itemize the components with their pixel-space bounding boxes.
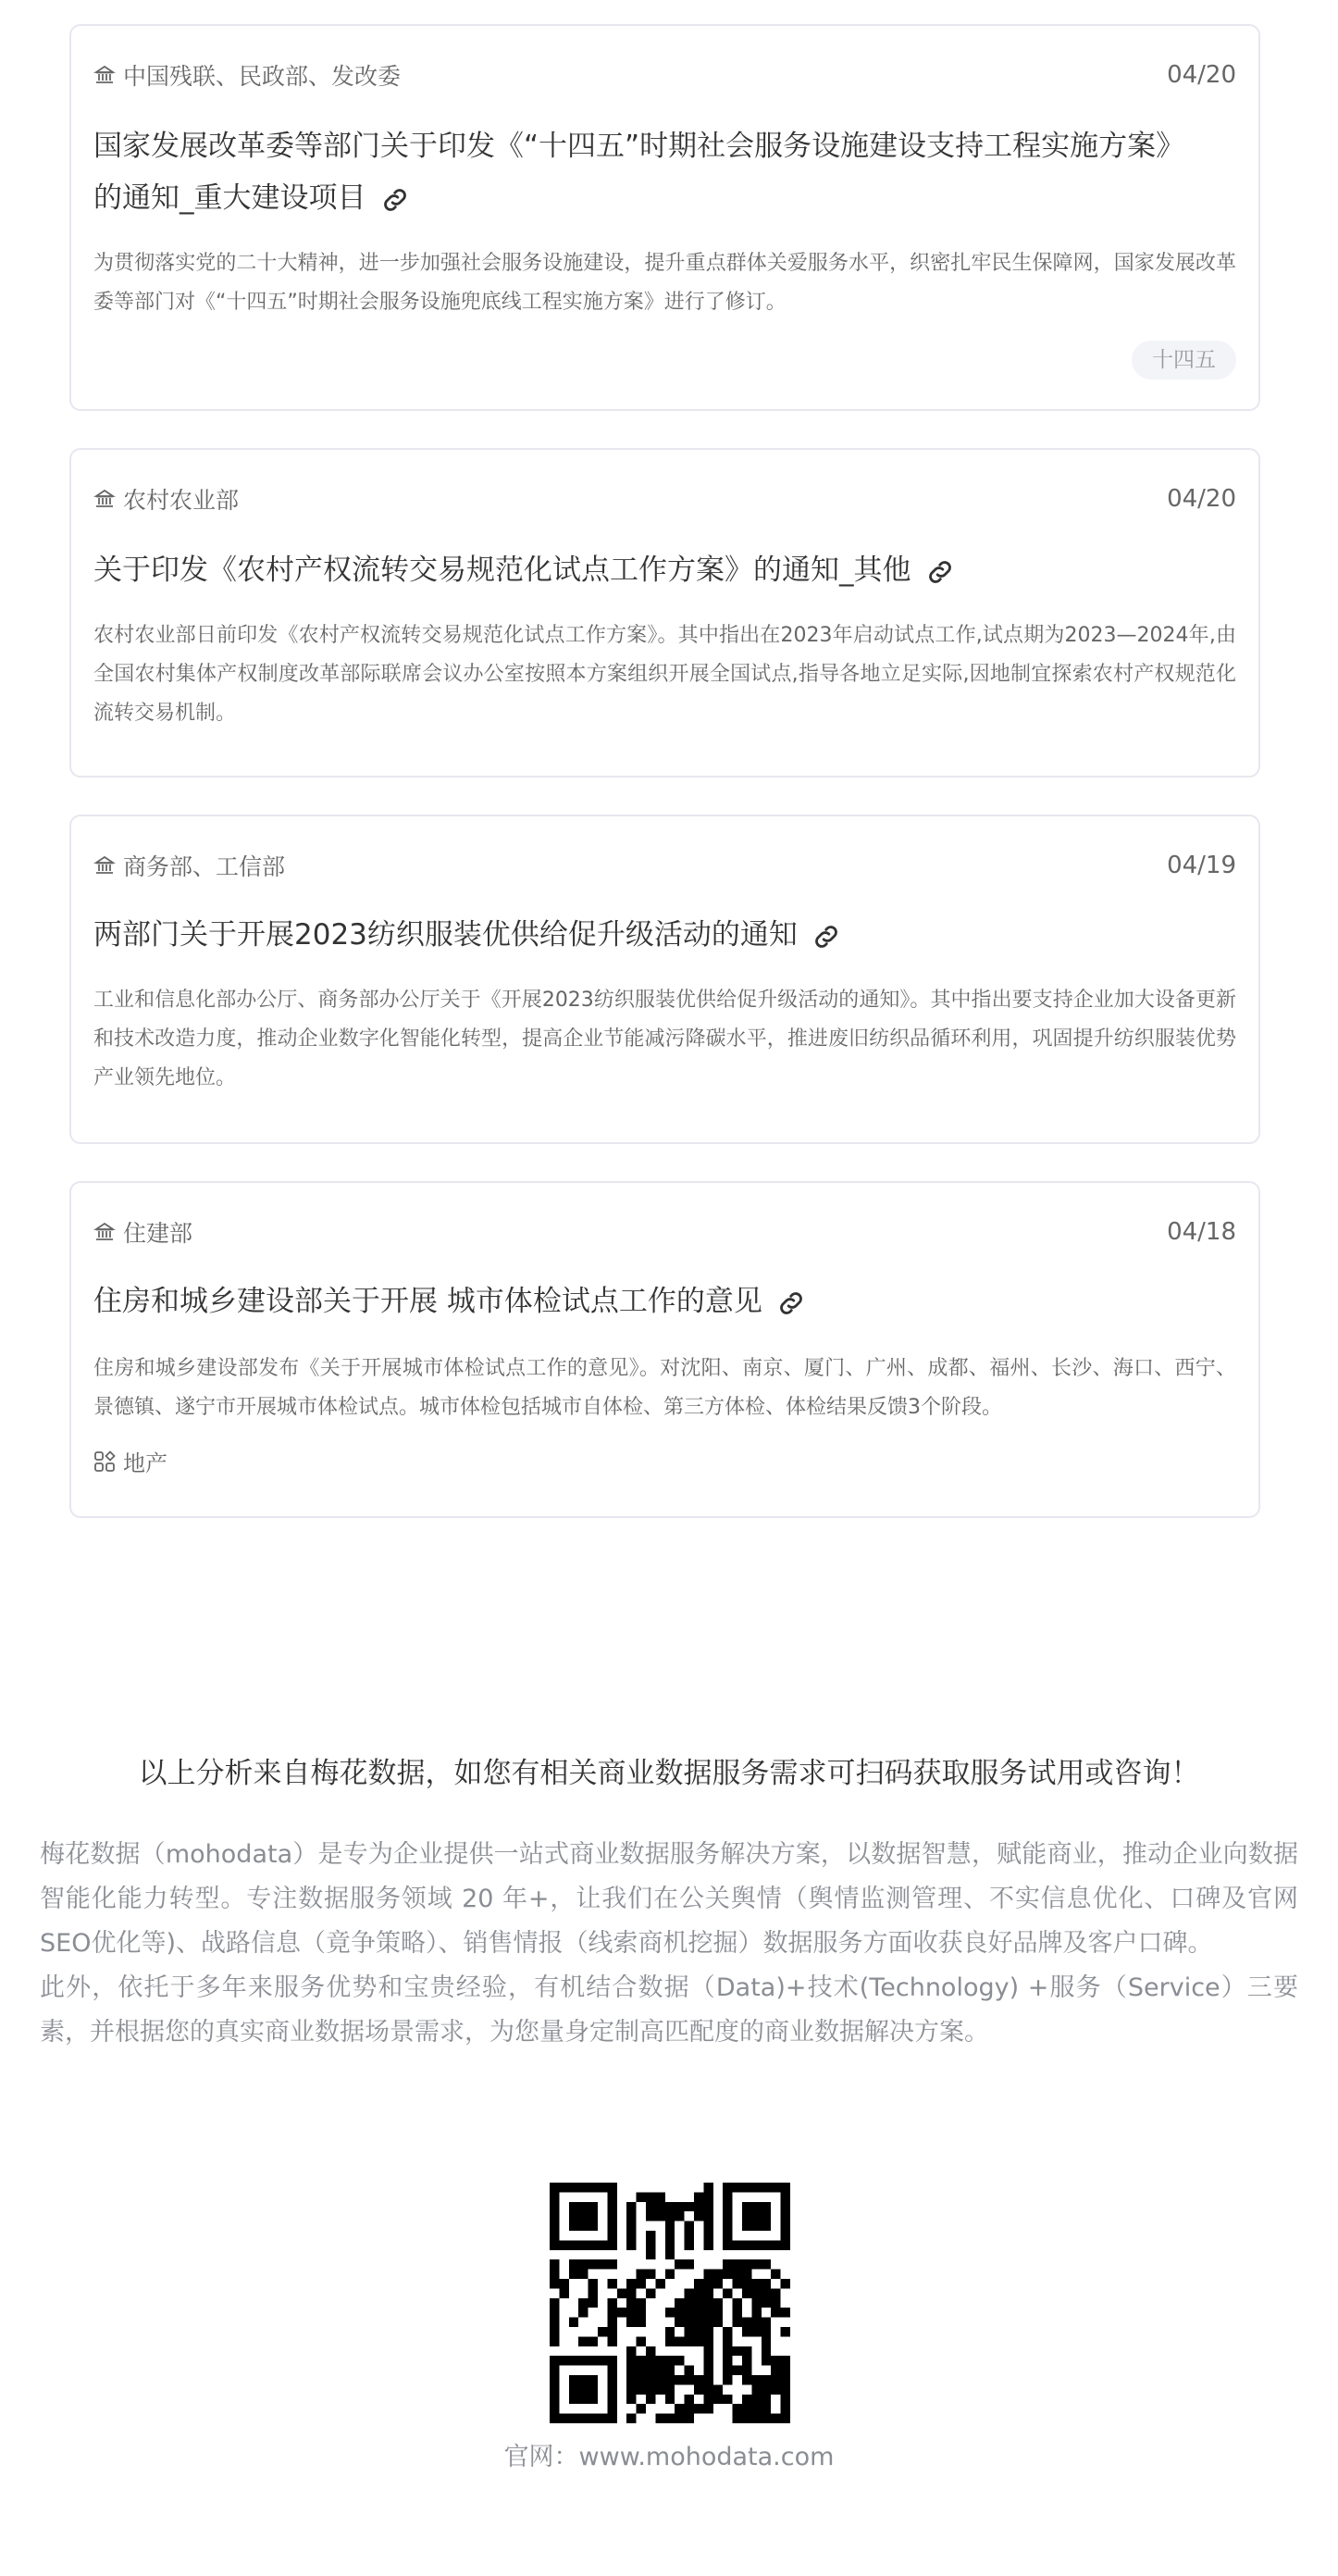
- policy-card[interactable]: 住建部 04/18 住房和城乡建设部关于开展 城市体检试点工作的意见 住房和城乡…: [69, 1181, 1260, 1518]
- department: 住建部: [93, 1215, 192, 1249]
- card-title[interactable]: 关于印发《农村产权流转交易规范化试点工作方案》的通知_其他: [93, 544, 1203, 596]
- policy-card[interactable]: 中国残联、民政部、发改委 04/20 国家发展改革委等部门关于印发《“十四五”时…: [69, 24, 1260, 411]
- card-title[interactable]: 两部门关于开展2023纺织服装优供给促升级活动的通知: [93, 909, 1203, 961]
- date: 04/19: [1167, 852, 1236, 879]
- card-meta: 农村农业部 04/20: [93, 485, 1236, 513]
- card-title-text[interactable]: 两部门关于开展2023纺织服装优供给促升级活动的通知: [93, 918, 798, 952]
- department-label: 中国残联、民政部、发改委: [123, 58, 401, 92]
- card-description: 农村农业部日前印发《农村产权流转交易规范化试点工作方案》。其中指出在2023年启…: [93, 616, 1236, 733]
- grid-apps-icon: [93, 1450, 116, 1473]
- industry-tag[interactable]: 地产: [93, 1445, 167, 1477]
- card-title[interactable]: 国家发展改革委等部门关于印发《“十四五”时期社会服务设施建设支持工程实施方案》的…: [93, 120, 1203, 224]
- policy-card[interactable]: 农村农业部 04/20 关于印发《农村产权流转交易规范化试点工作方案》的通知_其…: [69, 448, 1260, 778]
- date: 04/20: [1167, 61, 1236, 89]
- bank-building-icon: [93, 64, 116, 86]
- department: 农村农业部: [93, 482, 239, 516]
- link-icon[interactable]: [379, 184, 411, 216]
- bank-building-icon: [93, 488, 116, 510]
- bank-building-icon: [93, 1221, 116, 1243]
- department-label: 住建部: [123, 1215, 192, 1249]
- card-title[interactable]: 住房和城乡建设部关于开展 城市体检试点工作的意见: [93, 1276, 1203, 1327]
- website-link[interactable]: 官网：www.mohodata.com: [0, 2436, 1338, 2472]
- department-label: 农村农业部: [123, 482, 239, 516]
- industry-label: 地产: [123, 1445, 167, 1477]
- footer-heading: 以上分析来自梅花数据，如您有相关商业数据服务需求可扫码获取服务试用或咨询！: [0, 1749, 1338, 1791]
- card-title-text[interactable]: 国家发展改革委等部门关于印发《“十四五”时期社会服务设施建设支持工程实施方案》的…: [93, 130, 1184, 215]
- card-title-text[interactable]: 住房和城乡建设部关于开展 城市体检试点工作的意见: [93, 1285, 762, 1318]
- date: 04/20: [1167, 485, 1236, 513]
- bank-building-icon: [93, 854, 116, 877]
- company-intro: 梅花数据（mohodata）是专为企业提供一站式商业数据服务解决方案，以数据智慧…: [40, 1833, 1298, 2055]
- card-meta: 中国残联、民政部、发改委 04/20: [93, 61, 1236, 89]
- company-intro-paragraph: 梅花数据（mohodata）是专为企业提供一站式商业数据服务解决方案，以数据智慧…: [40, 1833, 1298, 1966]
- card-meta: 住建部 04/18: [93, 1218, 1236, 1246]
- policy-card[interactable]: 商务部、工信部 04/19 两部门关于开展2023纺织服装优供给促升级活动的通知…: [69, 815, 1260, 1144]
- tag-chip[interactable]: 十四五: [1132, 341, 1236, 380]
- link-icon[interactable]: [775, 1288, 807, 1319]
- card-description: 工业和信息化部办公厅、商务部办公厅关于《开展2023纺织服装优供给促升级活动的通…: [93, 981, 1236, 1098]
- card-meta: 商务部、工信部 04/19: [93, 852, 1236, 879]
- link-icon[interactable]: [811, 921, 842, 952]
- card-description: 为贯彻落实党的二十大精神，进一步加强社会服务设施建设，提升重点群体关爱服务水平，…: [93, 244, 1236, 322]
- department: 商务部、工信部: [93, 849, 285, 882]
- department-label: 商务部、工信部: [123, 849, 285, 882]
- date: 04/18: [1167, 1218, 1236, 1246]
- card-title-text[interactable]: 关于印发《农村产权流转交易规范化试点工作方案》的通知_其他: [93, 554, 911, 587]
- qr-code: [550, 2183, 790, 2423]
- department: 中国残联、民政部、发改委: [93, 58, 401, 92]
- link-icon[interactable]: [924, 556, 956, 588]
- card-description: 住房和城乡建设部发布《关于开展城市体检试点工作的意见》。对沈阳、南京、厦门、广州…: [93, 1350, 1236, 1427]
- company-intro-paragraph: 此外，依托于多年来服务优势和宝贵经验，有机结合数据（Data)+技术(Techn…: [40, 1966, 1298, 2055]
